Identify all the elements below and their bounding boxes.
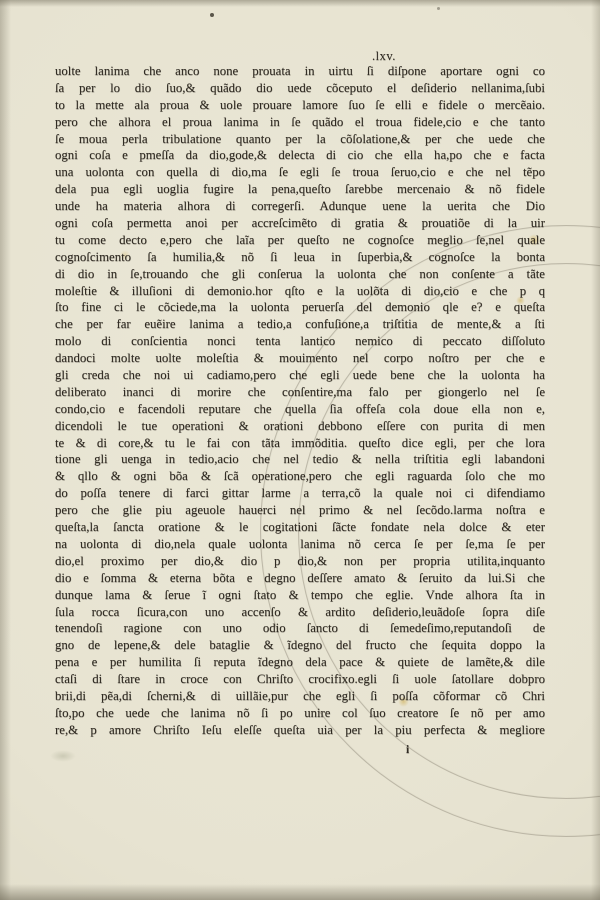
text-line: ſula rocca ſicura,con uno accenſo & ardi… <box>55 604 545 621</box>
text-line: pero che alhora el proua lanima in ſe qu… <box>55 114 545 131</box>
text-line: dio e ſomma & eterna bõta e degno deſſer… <box>55 570 545 587</box>
text-line: gno de lepene,& dele bataglie & ĩdegno d… <box>55 637 545 654</box>
text-line: pena e per humilita ſi reputa ĩdegno del… <box>55 654 545 671</box>
text-line: dunque lama & ſerue ĩ ogni ſtato & tempo… <box>55 587 545 604</box>
text-line: unde ha materia alhora di corregerſi. Ad… <box>55 198 545 215</box>
text-line: te & di core,& tu le fai con tãta immõdi… <box>55 435 545 452</box>
text-line: tu come decto e,pero che laĩa per queſto… <box>55 232 545 249</box>
text-line: moleſtie & illuſioni di demonio.hor qſto… <box>55 283 545 300</box>
text-line: tione gli uenga in tedio,acio che nel te… <box>55 451 545 468</box>
ink-speck <box>210 13 214 17</box>
text-line: deliberato inanci di morire che conſenti… <box>55 384 545 401</box>
text-line: dicendoli le tue operationi & orationi d… <box>55 418 545 435</box>
text-line: re,& p amore Chriſto Ieſu eleſſe queſta … <box>55 722 545 739</box>
text-line: brii,di pẽa,di ſcherni,& di uillãie,pur … <box>55 688 545 705</box>
text-line: ſa per lo dio ſuo,& quãdo dio uede cõcep… <box>55 80 545 97</box>
ink-speck <box>437 7 440 10</box>
text-line: ſto fine ci le cõciede,ma la uolonta per… <box>55 299 545 316</box>
text-line: una uolonta con quella di dio,ma ſe egli… <box>55 164 545 181</box>
text-block: uolte lanima che anco none prouata in ui… <box>55 63 545 739</box>
text-line: ſe moua perla tribulatione quanto per la… <box>55 131 545 148</box>
text-line: tenendoſi ragione con uno odio ſancto di… <box>55 620 545 637</box>
text-line: dio,el proximo per dio,& dio p dio,& non… <box>55 553 545 570</box>
text-line: molo di conſcientia nonci tenta lantico … <box>55 333 545 350</box>
text-line: do poſſa tenere di farci gittar larme a … <box>55 485 545 502</box>
text-line: queſta,la ſancta oratione & le cogitatio… <box>55 519 545 536</box>
text-line: che per far euẽire lanima a tedio,a conf… <box>55 316 545 333</box>
text-line: to la mette ala proua & uole prouare lam… <box>55 97 545 114</box>
text-line: uolte lanima che anco none prouata in ui… <box>55 63 545 80</box>
text-line: ſto,po che uede che lanima nõ ſi po unir… <box>55 705 545 722</box>
text-line: ogni coſa e pmeſſa da dio,gode,& delecta… <box>55 147 545 164</box>
text-line: di dio in ſe,trouando che gli conſerua l… <box>55 266 545 283</box>
signature-mark: i <box>406 744 409 756</box>
text-line: & qllo & ogni bõa & ſcã operatione,pero … <box>55 468 545 485</box>
text-line: cognoſcimento ſa humilia,& nõ ſi leua in… <box>55 249 545 266</box>
text-line: dandoci molte uolte moleſtia & mouimento… <box>55 350 545 367</box>
show-through-smudge <box>50 750 76 762</box>
text-line: ogni coſa permetta anoi per accreſcimẽto… <box>55 215 545 232</box>
text-line: ctaſi di ſtare in croce con Chriſto croc… <box>55 671 545 688</box>
text-line: dela pua egli uoglia fugire la pena,queſ… <box>55 181 545 198</box>
text-line: pero che glie piu ageuole hauerci nel pr… <box>55 502 545 519</box>
text-line: gli creda che noi ui cadiamo,pero che eg… <box>55 367 545 384</box>
text-line: condo,cio e facendoli reputare che quell… <box>55 401 545 418</box>
scanned-book-page: .lxv. uolte lanima che anco none prouata… <box>0 0 600 900</box>
text-line: na uolonta di dio,nela quale uolonta lan… <box>55 536 545 553</box>
folio-number: .lxv. <box>372 49 442 64</box>
